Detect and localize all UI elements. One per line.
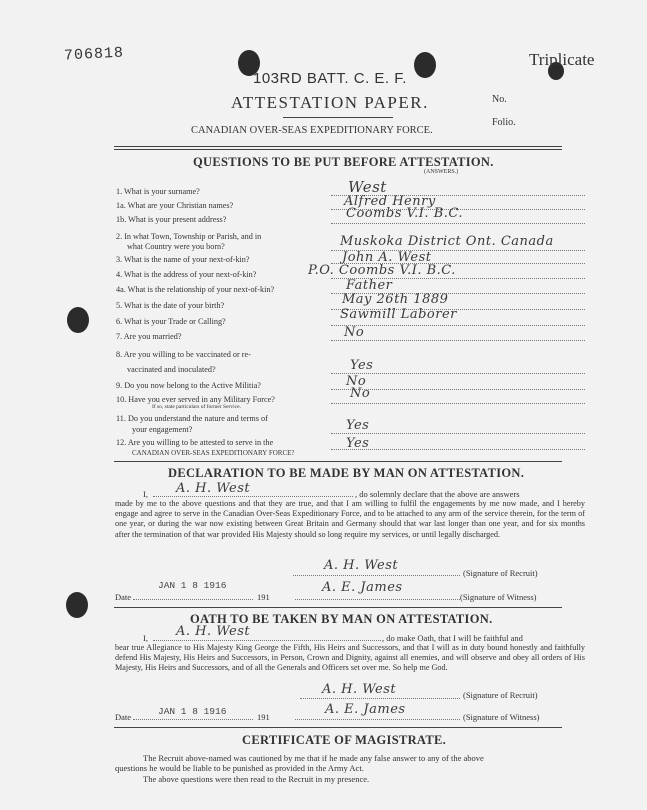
question-8: 8. Are you willing to be vaccinated or r… [116, 350, 251, 359]
answer-line [331, 325, 585, 326]
date-stamp: JAN 1 8 1916 [158, 706, 226, 717]
date-stamp: JAN 1 8 1916 [158, 580, 226, 591]
certificate-line-2: questions he would be liable to be punis… [115, 763, 364, 773]
question-4a: 4a. What is the relationship of your nex… [116, 285, 274, 294]
answer-line [331, 373, 585, 374]
question-11: 11. Do you understand the nature and ter… [116, 414, 268, 423]
declaration-name-line [153, 496, 353, 497]
recruit-signature-line [293, 575, 460, 576]
recruit-signature-label: (Signature of Recruit) [463, 568, 538, 578]
date-label: Date [115, 592, 131, 602]
question-4: 4. What is the address of your next-of-k… [116, 270, 256, 279]
question-7: 7. Are you married? [116, 332, 181, 341]
answer-line [331, 433, 585, 434]
answer-5: May 26th 1889 [342, 292, 448, 307]
answer-2: Muskoka District Ont. Canada [340, 234, 554, 249]
questions-heading: QUESTIONS TO BE PUT BEFORE ATTESTATION. [193, 155, 494, 170]
declaration-body: made by me to the above questions and th… [115, 499, 585, 540]
year-prefix: 191 [257, 712, 270, 722]
answer-6: Sawmill Laborer [340, 307, 457, 322]
declaration-name: A. H. West [176, 481, 250, 496]
battalion-label: 103RD BATT. C. E. F. [253, 70, 407, 87]
punch-hole [414, 52, 436, 78]
punch-hole [66, 592, 88, 618]
question-12-cont: CANADIAN OVER-SEAS EXPEDITIONARY FORCE? [132, 449, 295, 457]
question-2-cont: what Country were you born? [127, 242, 225, 251]
answer-12: Yes [346, 436, 369, 451]
witness-signature-line [295, 719, 460, 720]
question-10: 10. Have you ever served in any Military… [116, 395, 275, 404]
page-title: ATTESTATION PAPER. [231, 93, 429, 113]
answer-8: Yes [350, 358, 373, 373]
date-label: Date [115, 712, 131, 722]
question-11-cont: your engagement? [132, 425, 192, 434]
oath-witness-signature: A. E. James [325, 702, 406, 717]
title-underline [283, 117, 393, 118]
answer-line [331, 223, 585, 224]
question-10-note: If so, state particulars of former Servi… [152, 404, 241, 410]
answer-line [331, 340, 585, 341]
answer-1b: Coombs V.I. B.C. [346, 206, 463, 221]
witness-signature-label: (Signature of Witness) [460, 592, 536, 602]
witness-signature-line [295, 599, 460, 600]
divider [114, 461, 562, 462]
answer-line [331, 403, 585, 404]
oath-prefix: I, [143, 633, 148, 643]
declaration-heading: DECLARATION TO BE MADE BY MAN ON ATTESTA… [168, 466, 524, 481]
serial-number: 706818 [64, 44, 125, 64]
question-1b: 1b. What is your present address? [116, 215, 226, 224]
answer-10: No [350, 386, 370, 401]
oath-recruit-signature: A. H. West [322, 682, 396, 697]
declaration-witness-signature: A. E. James [322, 580, 403, 595]
question-12: 12. Are you willing to be attested to se… [116, 438, 273, 447]
recruit-signature-label: (Signature of Recruit) [463, 690, 538, 700]
year-prefix: 191 [257, 592, 270, 602]
question-1a: 1a. What are your Christian names? [116, 201, 233, 210]
divider [114, 727, 562, 728]
question-2: 2. In what Town, Township or Parish, and… [116, 232, 261, 241]
answer-4: P.O. Coombs V.I. B.C. [308, 263, 456, 278]
witness-signature-label: (Signature of Witness) [463, 712, 539, 722]
no-label: No. [492, 94, 507, 105]
divider [114, 146, 562, 147]
divider [114, 607, 562, 608]
answer-7: No [344, 325, 364, 340]
folio-label: Folio. [492, 117, 516, 128]
answers-label: (ANSWERS.) [424, 169, 458, 175]
divider [114, 149, 562, 150]
certificate-heading: CERTIFICATE OF MAGISTRATE. [242, 733, 446, 748]
question-5: 5. What is the date of your birth? [116, 301, 224, 310]
date-line [133, 599, 253, 600]
certificate-line-1: The Recruit above-named was cautioned by… [143, 753, 484, 763]
answer-4a: Father [346, 278, 392, 293]
oath-text-start: , do make Oath, that I will be faithful … [382, 633, 523, 643]
oath-body: bear true Allegiance to His Majesty King… [115, 643, 585, 674]
declaration-prefix: I, [143, 489, 148, 499]
oath-name: A. H. West [176, 624, 250, 639]
punch-hole [67, 307, 89, 333]
declaration-text-start: , do solemnly declare that the above are… [355, 489, 520, 499]
question-8-cont: vaccinated and inoculated? [127, 365, 216, 374]
question-9: 9. Do you now belong to the Active Milit… [116, 381, 261, 390]
subtitle: CANADIAN OVER-SEAS EXPEDITIONARY FORCE. [191, 125, 433, 136]
attestation-paper: 706818 Triplicate 103RD BATT. C. E. F. A… [0, 0, 647, 810]
copy-label: Triplicate [529, 50, 594, 70]
declaration-recruit-signature: A. H. West [324, 558, 398, 573]
date-line [133, 719, 253, 720]
oath-name-line [153, 640, 381, 641]
question-6: 6. What is your Trade or Calling? [116, 317, 226, 326]
answer-11: Yes [346, 418, 369, 433]
question-3: 3. What is the name of your next-of-kin? [116, 255, 250, 264]
question-1: 1. What is your surname? [116, 187, 200, 196]
certificate-line-3: The above questions were then read to th… [143, 774, 369, 784]
recruit-signature-line [300, 698, 460, 699]
